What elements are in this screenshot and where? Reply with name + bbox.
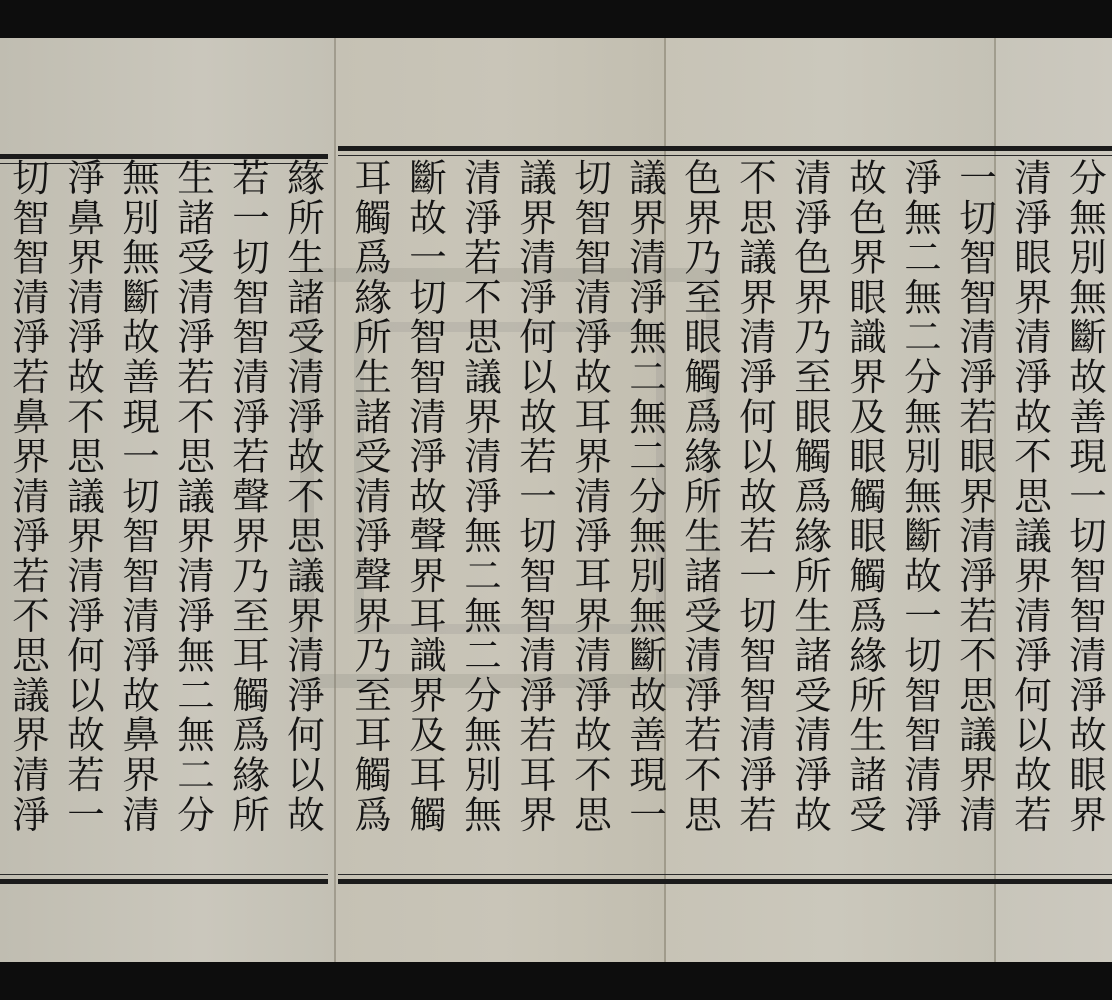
text-column: 一切智智清淨若眼界清淨若不思議界清	[947, 158, 1002, 878]
bottom-border-rule-left	[0, 879, 328, 884]
bottom-border-rule-right	[338, 879, 1112, 884]
text-column: 色界乃至眼觸爲緣所生諸受清淨若不思	[672, 158, 727, 878]
text-column: 緣所生諸受清淨故不思議界清淨何以故	[275, 158, 330, 878]
text-column: 清淨色界乃至眼觸爲緣所生諸受清淨故	[782, 158, 837, 878]
text-column: 淨無二無二分無別無斷故一切智智清淨	[892, 158, 947, 878]
text-column: 生諸受清淨若不思議界清淨無二無二分	[165, 158, 220, 878]
text-column: 故色界眼識界及眼觸眼觸爲緣所生諸受	[837, 158, 892, 878]
text-column: 分無別無斷故善現一切智智清淨故眼界	[1057, 158, 1112, 878]
text-panel-right: 分無別無斷故善現一切智智清淨故眼界 清淨眼界清淨故不思議界清淨何以故若 一切智智…	[336, 158, 1112, 878]
text-column: 若一切智智清淨若聲界乃至耳觸爲緣所	[220, 158, 275, 878]
text-column: 無別無斷故善現一切智智清淨故鼻界清	[110, 158, 165, 878]
text-column: 清淨若不思議界清淨無二無二分無別無	[452, 158, 507, 878]
text-column: 議界清淨無二無二分無別無斷故善現一	[617, 158, 672, 878]
text-panel-left: 緣所生諸受清淨故不思議界清淨何以故 若一切智智清淨若聲界乃至耳觸爲緣所 生諸受清…	[0, 158, 330, 878]
text-column: 清淨眼界清淨故不思議界清淨何以故若	[1002, 158, 1057, 878]
top-inner-rule-right	[338, 155, 1112, 156]
text-column: 議界清淨何以故若一切智智清淨若耳界	[507, 158, 562, 878]
text-column: 斷故一切智智清淨故聲界耳識界及耳觸	[397, 158, 452, 878]
text-column: 不思議界清淨何以故若一切智智清淨若	[727, 158, 782, 878]
text-column: 耳觸爲緣所生諸受清淨聲界乃至耳觸爲	[342, 158, 397, 878]
text-column: 淨鼻界清淨故不思議界清淨何以故若一	[55, 158, 110, 878]
text-column: 切智智清淨故耳界清淨耳界清淨故不思	[562, 158, 617, 878]
text-column: 切智智清淨若鼻界清淨若不思議界清淨	[0, 158, 55, 878]
top-border-rule-right	[338, 146, 1112, 151]
